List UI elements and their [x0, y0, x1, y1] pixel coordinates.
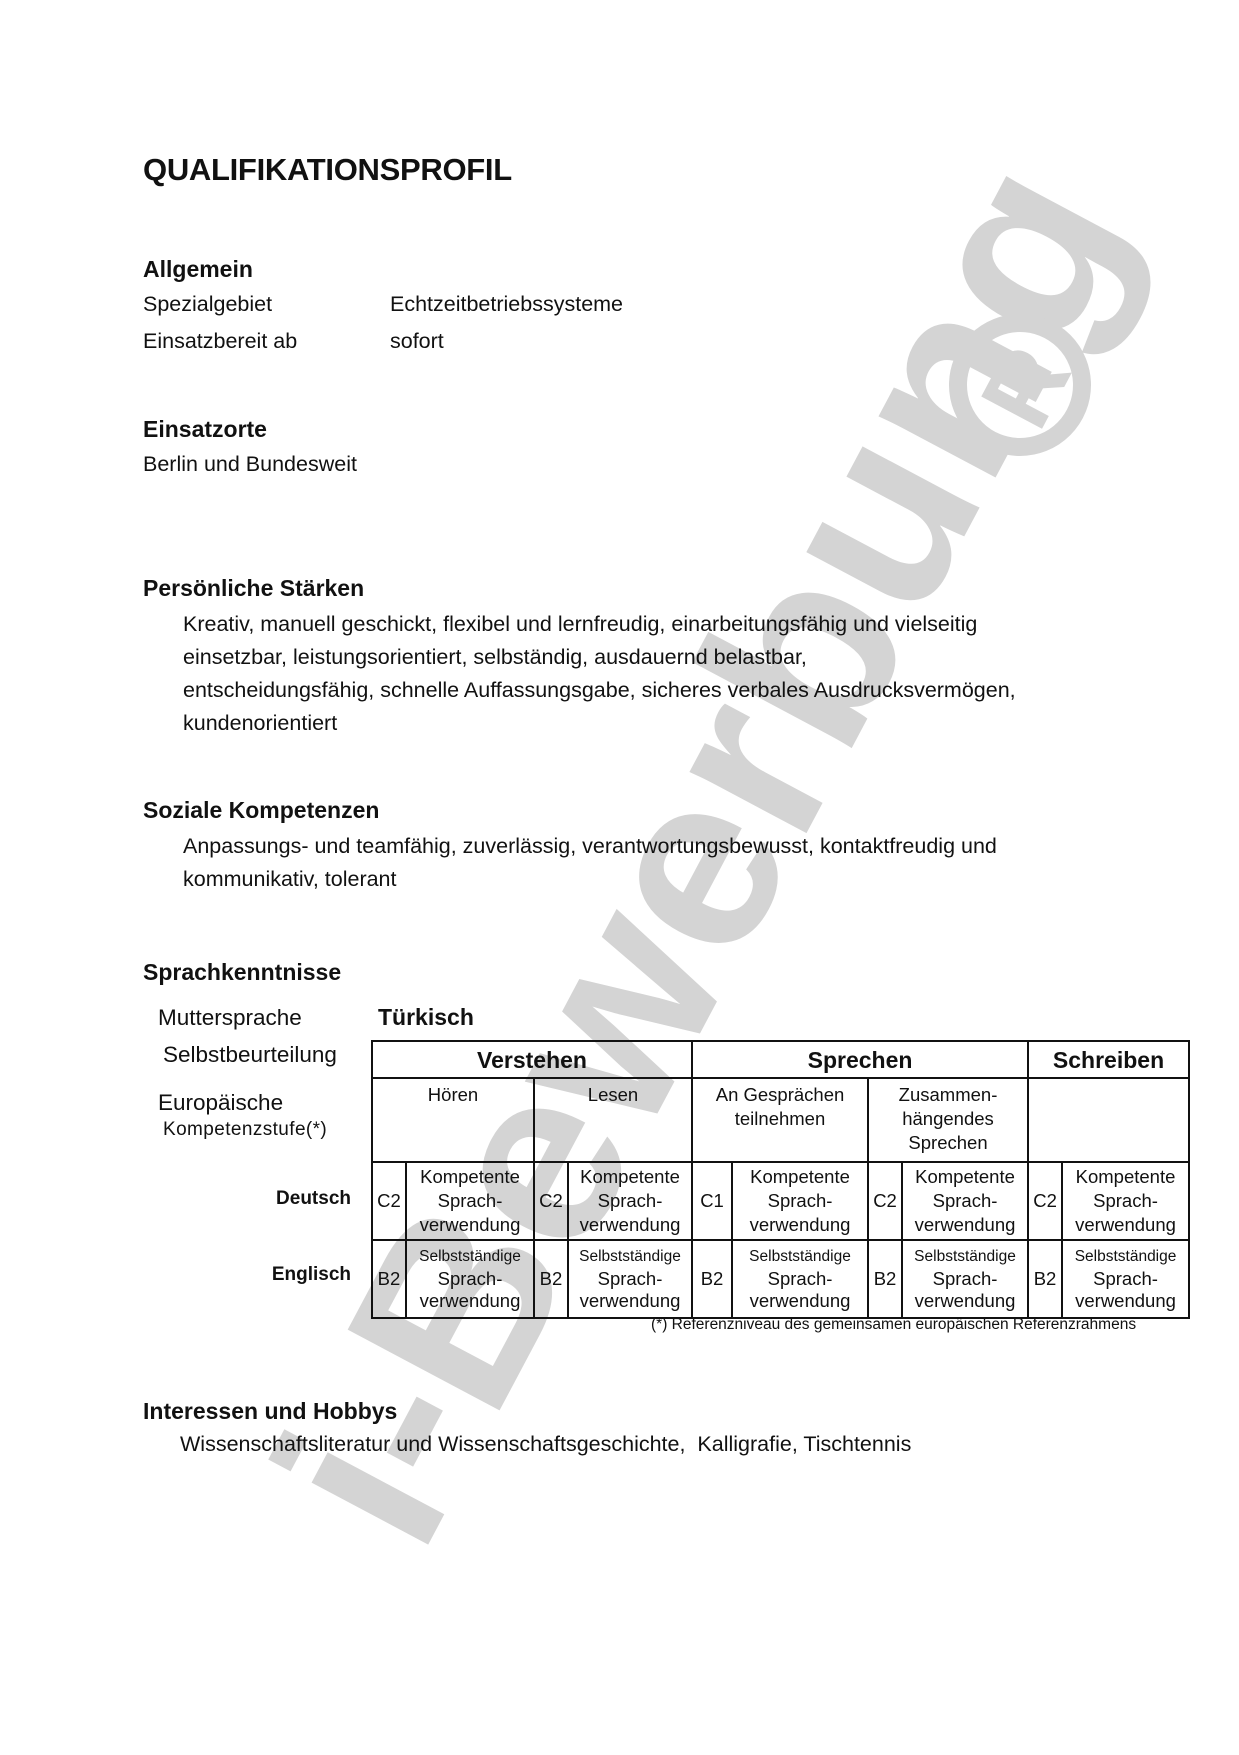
descriptor-line: verwendung: [733, 1290, 867, 1312]
cefr-level-cell: B2: [868, 1240, 902, 1318]
descriptor-line: verwendung: [569, 1213, 691, 1237]
descriptor-line: Sprach-: [733, 1268, 867, 1290]
hobbys-text: Wissenschaftsliteratur und Wissenschafts…: [180, 1432, 911, 1457]
field-label-spezialgebiet: Spezialgebiet: [143, 292, 272, 317]
descriptor-line: verwendung: [733, 1213, 867, 1237]
muttersprache-value: Türkisch: [378, 1004, 474, 1031]
skill-header-gespraeche: An Gesprächen teilnehmen: [692, 1078, 868, 1162]
descriptor-line: Selbstständige: [903, 1246, 1027, 1268]
skill-label: Sprechen: [869, 1131, 1027, 1155]
language-name-englisch: Englisch: [231, 1264, 351, 1286]
skill-header-zusammenhaengend: Zusammen- hängendes Sprechen: [868, 1078, 1028, 1162]
cefr-descriptor-cell: SelbstständigeSprach-verwendung: [902, 1240, 1028, 1318]
cefr-level-cell: C1: [692, 1162, 732, 1240]
skill-label: Hören: [373, 1083, 533, 1107]
cefr-level-cell: C2: [534, 1162, 568, 1240]
descriptor-line: Sprach-: [407, 1268, 533, 1290]
soziale-line: kommunikativ, tolerant: [183, 863, 997, 896]
descriptor-line: Selbstständige: [1063, 1246, 1188, 1268]
cefr-level-cell: B2: [1028, 1240, 1062, 1318]
group-header-schreiben: Schreiben: [1028, 1041, 1189, 1078]
group-header-sprechen: Sprechen: [692, 1041, 1028, 1078]
cefr-descriptor-cell: SelbstständigeSprach-verwendung: [406, 1240, 534, 1318]
cefr-descriptor-cell: KompetenteSprach-verwendung: [568, 1162, 692, 1240]
descriptor-line: Selbstständige: [733, 1246, 867, 1268]
field-label-einsatzbereit: Einsatzbereit ab: [143, 329, 297, 354]
descriptor-line: Sprach-: [569, 1268, 691, 1290]
descriptor-line: Selbstständige: [407, 1246, 533, 1268]
cefr-level-cell: C2: [1028, 1162, 1062, 1240]
cefr-level-cell: B2: [372, 1240, 406, 1318]
descriptor-line: Sprach-: [1063, 1189, 1188, 1213]
table-footnote: (*) Referenzniveau des gemeinsamen europ…: [651, 1316, 1136, 1334]
descriptor-line: verwendung: [903, 1213, 1027, 1237]
cefr-descriptor-cell: SelbstständigeSprach-verwendung: [568, 1240, 692, 1318]
descriptor-line: Sprach-: [733, 1189, 867, 1213]
section-heading-sprachen: Sprachkenntnisse: [143, 959, 341, 986]
descriptor-line: verwendung: [903, 1290, 1027, 1312]
cefr-level-cell: C2: [372, 1162, 406, 1240]
descriptor-line: Sprach-: [903, 1268, 1027, 1290]
europaeisch-label: Europäische: [158, 1090, 283, 1116]
cefr-descriptor-cell: KompetenteSprach-verwendung: [902, 1162, 1028, 1240]
cefr-descriptor-cell: KompetenteSprach-verwendung: [406, 1162, 534, 1240]
skill-label: Zusammen-: [869, 1083, 1027, 1107]
staerken-line: Kreativ, manuell geschickt, flexibel und…: [183, 608, 1016, 641]
group-header-verstehen: Verstehen: [372, 1041, 692, 1078]
cefr-descriptor-cell: KompetenteSprach-verwendung: [732, 1162, 868, 1240]
skill-header-lesen: Lesen: [534, 1078, 692, 1162]
descriptor-line: Sprach-: [1063, 1268, 1188, 1290]
field-value-spezialgebiet: Echtzeitbetriebssysteme: [390, 292, 623, 317]
descriptor-line: Kompetente: [407, 1165, 533, 1189]
soziale-text: Anpassungs- und teamfähig, zuverlässig, …: [183, 830, 997, 896]
section-heading-staerken: Persönliche Stärken: [143, 575, 364, 602]
section-heading-soziale: Soziale Kompetenzen: [143, 797, 379, 824]
staerken-line: entscheidungsfähig, schnelle Auffassungs…: [183, 674, 1016, 707]
skill-label: An Gesprächen: [693, 1083, 867, 1107]
page-title: QUALIFIKATIONSPROFIL: [143, 152, 512, 188]
skill-header-schreiben-empty: [1028, 1078, 1189, 1162]
kompetenzstufe-label: Kompetenzstufe(*): [163, 1119, 327, 1141]
staerken-line: einsetzbar, leistungsorientiert, selbstä…: [183, 641, 1016, 674]
muttersprache-label: Muttersprache: [158, 1005, 302, 1031]
table-skill-row: Hören Lesen An Gesprächen teilnehmen Zus…: [372, 1078, 1189, 1162]
descriptor-line: Selbstständige: [569, 1246, 691, 1268]
descriptor-line: verwendung: [569, 1290, 691, 1312]
table-group-row: Verstehen Sprechen Schreiben: [372, 1041, 1189, 1078]
section-heading-allgemein: Allgemein: [143, 256, 253, 283]
descriptor-line: Sprach-: [407, 1189, 533, 1213]
skill-label: Lesen: [535, 1083, 691, 1107]
soziale-line: Anpassungs- und teamfähig, zuverlässig, …: [183, 830, 997, 863]
descriptor-line: Kompetente: [1063, 1165, 1188, 1189]
section-heading-hobbys: Interessen und Hobbys: [143, 1398, 397, 1425]
field-value-einsatzbereit: sofort: [390, 329, 444, 354]
language-name-deutsch: Deutsch: [231, 1188, 351, 1210]
cefr-level-cell: C2: [868, 1162, 902, 1240]
cefr-level-cell: B2: [534, 1240, 568, 1318]
cefr-descriptor-cell: KompetenteSprach-verwendung: [1062, 1162, 1189, 1240]
descriptor-line: Kompetente: [569, 1165, 691, 1189]
selbstbeurteilung-label: Selbstbeurteilung: [163, 1042, 337, 1068]
staerken-line: kundenorientiert: [183, 707, 1016, 740]
descriptor-line: verwendung: [407, 1290, 533, 1312]
cefr-level-cell: B2: [692, 1240, 732, 1318]
cefr-table: Verstehen Sprechen Schreiben Hören Lesen…: [371, 1040, 1190, 1319]
table-row-deutsch: C2KompetenteSprach-verwendungC2Kompetent…: [372, 1162, 1189, 1240]
section-heading-einsatzorte: Einsatzorte: [143, 416, 267, 443]
skill-header-hoeren: Hören: [372, 1078, 534, 1162]
descriptor-line: Kompetente: [903, 1165, 1027, 1189]
descriptor-line: verwendung: [1063, 1290, 1188, 1312]
svg-text:R: R: [959, 329, 1092, 445]
cefr-descriptor-cell: SelbstständigeSprach-verwendung: [732, 1240, 868, 1318]
staerken-text: Kreativ, manuell geschickt, flexibel und…: [183, 608, 1016, 740]
einsatzorte-text: Berlin und Bundesweit: [143, 452, 357, 477]
skill-label: hängendes: [869, 1107, 1027, 1131]
cefr-descriptor-cell: SelbstständigeSprach-verwendung: [1062, 1240, 1189, 1318]
descriptor-line: verwendung: [1063, 1213, 1188, 1237]
descriptor-line: Sprach-: [903, 1189, 1027, 1213]
skill-label: teilnehmen: [693, 1107, 867, 1131]
table-row-englisch: B2SelbstständigeSprach-verwendungB2Selbs…: [372, 1240, 1189, 1318]
descriptor-line: verwendung: [407, 1213, 533, 1237]
descriptor-line: Kompetente: [733, 1165, 867, 1189]
descriptor-line: Sprach-: [569, 1189, 691, 1213]
